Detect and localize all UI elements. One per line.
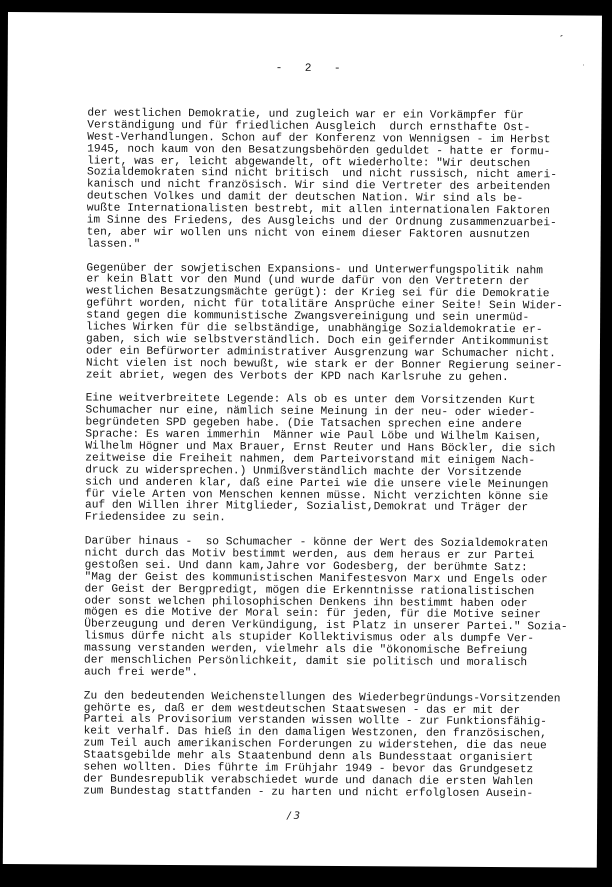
paragraph: Gegenüber der sowjetischen Expansions- u… [86, 263, 607, 385]
paragraph: der westlichen Demokratie, und zugleich … [87, 108, 608, 254]
document-page: ʻ ˎ - 2 - der westlichen Demokratie, und… [3, 12, 602, 868]
paragraph: Darüber hinaus - so Schumacher - könne d… [84, 537, 605, 683]
continuation-page-ref: / 3 [287, 811, 300, 822]
text-line: zum Bundestag stattfanden - zu harten un… [83, 786, 603, 801]
margin-mark: ʻ [555, 34, 564, 43]
body-text: der westlichen Demokratie, und zugleich … [83, 108, 607, 813]
paragraph: Eine weitverbreitete Legende: Als ob es … [85, 394, 606, 528]
margin-mark: ˎ [582, 59, 588, 67]
page-number: - 2 - [270, 63, 350, 75]
paragraph: Zu den bedeutenden Weichenstellungen des… [83, 691, 604, 801]
